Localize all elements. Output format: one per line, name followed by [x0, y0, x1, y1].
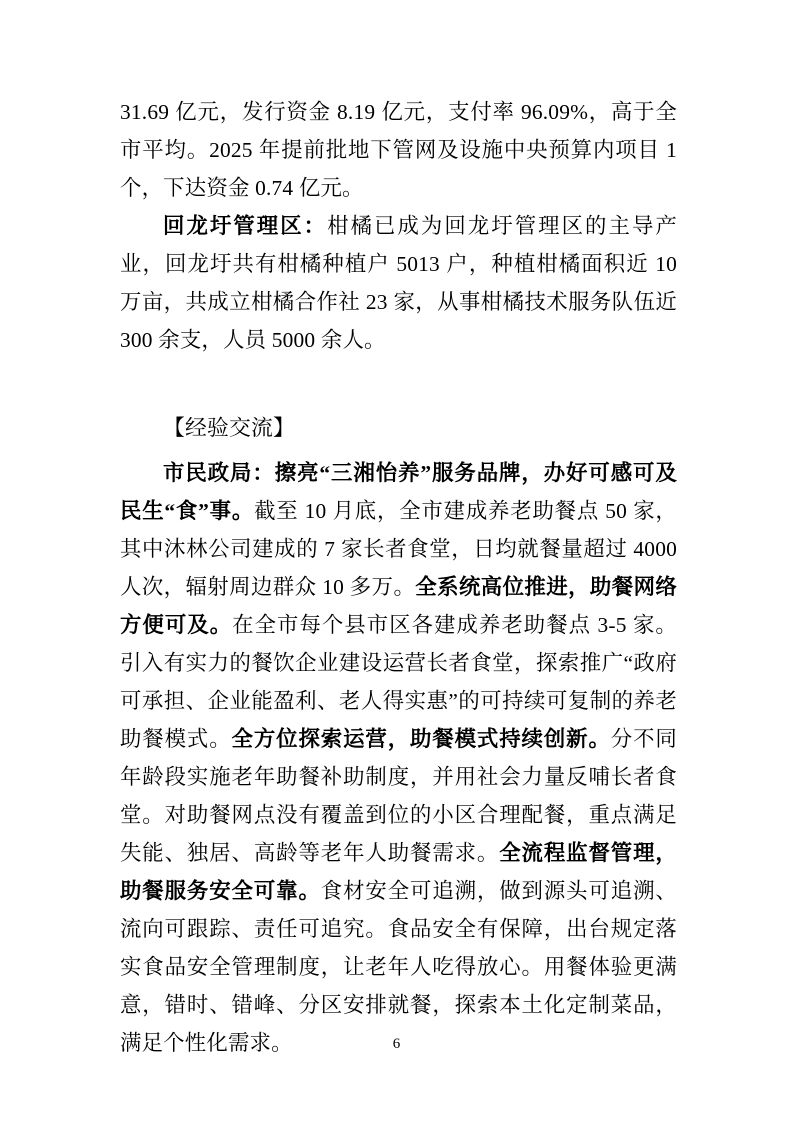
para-civil-affairs-bureau: 市民政局：擦亮“三湘怡养”服务品牌，办好可感可及民生“食”事。截至 10 月底，…: [120, 454, 677, 1062]
para-civil-affairs-bureau-run-5: 全方位探索运营，助餐模式持续创新。: [232, 727, 611, 751]
heading-experience-exchange: 【经验交流】: [120, 409, 677, 447]
para-bond-funds: 31.69 亿元，发行资金 8.19 亿元，支付率 96.09%，高于全市平均。…: [120, 93, 677, 207]
document-page: 31.69 亿元，发行资金 8.19 亿元，支付率 96.09%，高于全市平均。…: [0, 0, 793, 1122]
para-civil-affairs-bureau-run-8: 食材安全可追溯，做到源头可追溯、流向可跟踪、责任可追究。食品安全有保障，出台规定…: [120, 879, 677, 1055]
page-number: 6: [0, 1034, 793, 1054]
para-huilongxu-district: 回龙圩管理区：柑橘已成为回龙圩管理区的主导产业，回龙圩共有柑橘种植户 5013 …: [120, 207, 677, 359]
heading-experience-exchange-run-0: 【经验交流】: [163, 415, 295, 440]
document-body: 31.69 亿元，发行资金 8.19 亿元，支付率 96.09%，高于全市平均。…: [120, 93, 677, 1062]
para-huilongxu-district-run-0: 回龙圩管理区：: [163, 214, 327, 238]
para-civil-affairs-bureau-run-0: 市民政局：: [163, 461, 275, 485]
para-bond-funds-run-0: 31.69 亿元，发行资金 8.19 亿元，支付率 96.09%，高于全市平均。…: [120, 100, 677, 200]
